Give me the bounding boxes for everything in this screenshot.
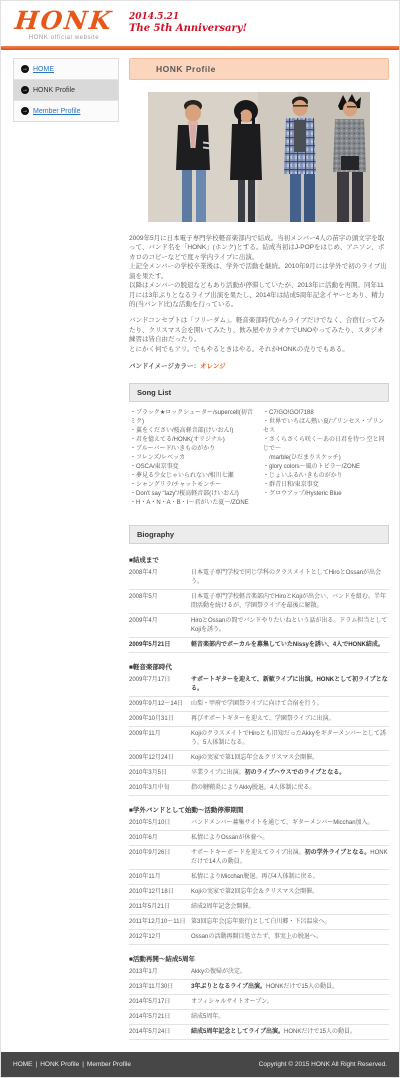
song-item: ・フレンズ/レベッカ [130,454,255,463]
bio-text: サポートキーボードを迎えてライブ出演。初の学外ライブとなる。HONKだけで14人… [191,849,389,867]
bio-row: 2008年5月日本電子専門学校軽音楽部内でHiroとKojiが出会い、バンドを組… [129,590,389,614]
bio-date: 2010年12月18日 [129,888,191,897]
bio-text-segment: Ossanの活動再開目処立たず、事実上の脱退へ。 [191,934,322,940]
bio-row: 2009年4月HiroとOssanの間でバンドやりたいねという話が出る。ドラム担… [129,614,389,638]
bio-text: 結成2周年記念会開催。 [191,903,389,912]
band-color-value: オレンジ [200,363,226,370]
bio-text: サポートギターを迎えて、新歓ライブに出演。HONKとして初ライブとなる。 [191,676,389,694]
sidebar-item-label: HONK Profile [33,87,75,94]
bio-date: 2013年11月30日 [129,983,191,992]
bio-text-segment: 日本電子専門学校で同じ学科のクラスメイトとしてHiroとOssanが出会う。 [191,570,381,585]
bio-row: 2014年5月17日オフィシャルサイトオープン。 [129,995,389,1010]
bio-date: 2013年1月 [129,968,191,977]
site-logo: HONK [14,8,115,34]
song-item: ・C7/GO!GO!7188 [263,409,388,418]
footer-nav: HOME|HONK Profile|Member Profile [13,1061,131,1068]
site-footer: HOME|HONK Profile|Member Profile Copyrig… [1,1052,399,1077]
bio-text-segment: 軽音楽部内でボーカルを募集していたNissyを誘い、4人でHONK結成。 [191,642,384,648]
arrow-bullet-icon: → [21,65,29,73]
bio-date: 2009年11月 [129,730,191,748]
page: HONK HONK official website 2014.5.21 The… [0,0,400,1078]
song-item: ・さくらさくら咲く～あの日君を待つ 空と同じで～ /marble(ひだまりスケッ… [263,436,388,463]
bio-date: 2011年5月21日 [129,903,191,912]
bio-text-segment: 卒業ライブに出演。 [191,770,245,776]
bio-row: 2010年6月私情によりOssanが休養へ。 [129,831,389,846]
bio-text-segment: Kojiの実家で第1回忘年会＆クリスマス会開催。 [191,755,318,761]
bio-text: 卒業ライブに出演。初のライブハウスでのライブとなる。 [191,769,389,778]
song-column: ・ブラック★ロックシューター/supercell(初音ミク)・翼をください/桜高… [130,409,255,508]
song-item: ・シャングリラ/チャットモンチー [130,481,255,490]
bio-text-segment: 私情によりOssanが休養へ。 [191,835,268,841]
band-color-line: バンドイメージカラー：オレンジ [129,361,389,370]
bio-date: 2008年5月 [129,593,191,611]
sidebar-item-member-profile[interactable]: →Member Profile [14,101,118,121]
footer-link-member-profile[interactable]: Member Profile [87,1061,131,1068]
bio-row: 2014年5月24日結成5周年記念としてライブ出演。HONKだけで15人の動員。 [129,1025,389,1040]
bio-date: 2009年7月17日 [129,676,191,694]
bio-text: 軽音楽部内でボーカルを募集していたNissyを誘い、4人でHONK結成。 [191,641,389,650]
anniversary-date: 2014.5.21 [129,12,247,23]
anniversary-banner: 2014.5.21 The 5th Anniversary! [129,8,247,35]
bio-row: 2014年5月21日結成5周年。 [129,1010,389,1025]
bio-text-segment: サポートギターを迎えて、新歓ライブに出演。HONKとして初ライブとなる。 [191,677,388,692]
bio-text: Ossanの活動再開目処立たず、事実上の脱退へ。 [191,933,389,942]
sidebar-item-honk-profile[interactable]: →HONK Profile [14,80,118,101]
sidebar-nav: →HOME→HONK Profile→Member Profile [13,58,119,122]
footer-separator: | [82,1061,84,1068]
bio-text: HiroとOssanの間でバンドやりたいねという話が出る。ドラム担当としてKoj… [191,617,389,635]
bio-text: バンドメンバー募集サイトを通じて、ギターメンバーMicchan加入。 [191,819,389,828]
bio-date: 2010年5月10日 [129,819,191,828]
bio-date: 2010年3月中旬 [129,784,191,793]
bio-row: 2012年12月Ossanの活動再開目処立たず、事実上の脱退へ。 [129,930,389,945]
bio-row: 2013年11月30日3年ぶりとなるライブ出演。HONKだけで15人の動員。 [129,980,389,995]
bio-text-segment: 指の腱鞘炎によりAkky脱退。4人体制に戻る。 [191,785,315,791]
content-layout: →HOME→HONK Profile→Member Profile HONK P… [1,50,399,1052]
bio-date: 2009年9月12～14日 [129,700,191,709]
bio-text-segment: 結成5周年。 [191,1014,224,1020]
song-item: ・OSCA/東京事変 [130,463,255,472]
bio-text: 山梨・甲府で学園祭ライブに向けて合宿を行う。 [191,700,389,709]
main-content: HONK Profile [129,58,389,1040]
bio-row: 2010年12月18日Kojiの実家で第2回忘年会＆クリスマス会開催。 [129,885,389,900]
bio-text: 第3回忘年会(忘年旅行)として白川郷・下呂温泉へ。 [191,918,389,927]
sidebar-item-label: Member Profile [33,108,80,115]
bio-text: KojiのクラスメイトでHiroとも旧知だったAkkyをギターメンバーとして誘う… [191,730,389,748]
bio-date: 2009年4月 [129,617,191,635]
bio-text-segment: KojiのクラスメイトでHiroとも旧知だったAkkyをギターメンバーとして誘う… [191,731,386,746]
song-item: ・グロウアップ/Hysteric Blue [263,490,388,499]
bio-text-segment: バンドメンバー募集サイトを通じて、ギターメンバーMicchan加入。 [191,820,374,826]
arrow-bullet-icon: → [21,107,29,115]
bio-row: 2010年3月中旬指の腱鞘炎によりAkky脱退。4人体制に戻る。 [129,781,389,796]
bio-row: 2009年5月21日軽音楽部内でボーカルを募集していたNissyを誘い、4人でH… [129,638,389,653]
bio-text-segment: 初の学外ライブとなる。 [305,850,371,856]
song-item: ・君を憶えてる/HONK(オリジナル) [130,436,255,445]
song-item: ・ブルーバード/いきものがかり [130,445,255,454]
bio-text-segment: HiroとOssanの間でバンドやりたいねという話が出る。ドラム担当としてKoj… [191,618,387,633]
sidebar-item-label: HOME [33,66,54,73]
site-tagline: HONK official website [15,35,113,41]
bio-date: 2010年6月 [129,834,191,843]
bio-row: 2008年4月日本電子専門学校で同じ学科のクラスメイトとしてHiroとOssan… [129,566,389,590]
bio-row: 2010年5月10日バンドメンバー募集サイトを通じて、ギターメンバーMiccha… [129,816,389,831]
bio-date: 2014年5月21日 [129,1013,191,1022]
band-photo [148,92,370,222]
bio-text: 結成5周年記念としてライブ出演。HONKだけで15人の動員。 [191,1028,389,1037]
bio-date: 2008年4月 [129,569,191,587]
footer-link-home[interactable]: HOME [13,1061,33,1068]
bio-group-heading: ■活動再開～結成5周年 [129,954,389,963]
bio-text: 私情によりOssanが休養へ。 [191,834,389,843]
bio-text-segment: 結成2周年記念会開催。 [191,904,254,910]
bio-date: 2012年12月 [129,933,191,942]
sidebar-item-home[interactable]: →HOME [14,59,118,80]
bio-row: 2010年3月5日卒業ライブに出演。初のライブハウスでのライブとなる。 [129,766,389,781]
anniversary-text: The 5th Anniversary! [129,23,247,35]
bio-row: 2011年12月10～11日第3回忘年会(忘年旅行)として白川郷・下呂温泉へ。 [129,915,389,930]
intro-paragraph-1: 2009年5月に日本電子専門学校軽音楽部内で結成。当初メンバー4人の苗字の頭文字… [129,234,389,309]
song-columns: ・ブラック★ロックシューター/supercell(初音ミク)・翼をください/桜高… [129,402,389,512]
bio-text-segment: オフィシャルサイトオープン。 [191,999,273,1005]
bio-text-segment: 私情によりMicchan脱退。再び4人体制に戻る。 [191,874,319,880]
bio-date: 2014年5月24日 [129,1028,191,1037]
biography-header: Biography [129,525,389,544]
song-item: ・H・A・N・A・B・I～君がいた夏～/ZONE [130,499,255,508]
bio-date: 2009年12月24日 [129,754,191,763]
bio-text: 私情によりMicchan脱退。再び4人体制に戻る。 [191,873,389,882]
bio-text-segment: Akkyの復帰が決定。 [191,969,246,975]
bio-text-segment: 3年ぶりとなるライブ出演。 [191,984,266,990]
band-color-label: バンドイメージカラー： [129,363,200,370]
bio-text-segment: 結成5周年記念としてライブ出演。 [191,1029,284,1035]
bio-text-segment: 山梨・甲府で学園祭ライブに向けて合宿を行う。 [191,701,323,707]
song-item: ・Don't say "lazy"/桜高軽音部(けいおん!) [130,490,255,499]
bio-group-heading: ■軽音楽部時代 [129,662,389,671]
bio-text: オフィシャルサイトオープン。 [191,998,389,1007]
bio-row: 2010年9月26日サポートキーボードを迎えてライブ出演。初の学外ライブとなる。… [129,846,389,870]
footer-copyright: Copyright © 2015 HONK All Right Reserved… [259,1061,387,1068]
bio-row: 2009年12月24日Kojiの実家で第1回忘年会＆クリスマス会開催。 [129,751,389,766]
arrow-bullet-icon: → [21,86,29,94]
bio-row: 2009年10月31日再びサポートギターを迎えて、学園祭ライブに出演。 [129,712,389,727]
bio-date: 2010年11月 [129,873,191,882]
bio-text: 指の腱鞘炎によりAkky脱退。4人体制に戻る。 [191,784,389,793]
bio-group-heading: ■学外バンドとして始動～活動停滞期間 [129,805,389,814]
song-item: ・ブラック★ロックシューター/supercell(初音ミク) [130,409,255,427]
bio-date: 2010年9月26日 [129,849,191,867]
bio-text: 結成5周年。 [191,1013,389,1022]
bio-date: 2009年5月21日 [129,641,191,650]
footer-separator: | [36,1061,38,1068]
bio-row: 2013年1月Akkyの復帰が決定。 [129,965,389,980]
bio-text: Kojiの実家で第1回忘年会＆クリスマス会開催。 [191,754,389,763]
song-item: ・glory colors～風のトビラ～/ZONE [263,463,388,472]
bio-text: 再びサポートギターを迎えて、学園祭ライブに出演。 [191,715,389,724]
bio-text-segment: 初のライブハウスでのライブとなる。 [245,770,346,776]
bio-text-segment: 日本電子専門学校軽音楽部内でHiroとKojiが出会い、バンドを組む。半年間活動… [191,594,386,609]
bio-text-segment: 第3回忘年会(忘年旅行)として白川郷・下呂温泉へ。 [191,919,330,925]
bio-row: 2009年9月12～14日山梨・甲府で学園祭ライブに向けて合宿を行う。 [129,697,389,712]
bio-text-segment: 再びサポートギターを迎えて、学園祭ライブに出演。 [191,716,334,722]
logo-block[interactable]: HONK HONK official website [15,8,113,41]
bio-date: 2010年3月5日 [129,769,191,778]
footer-link-honk-profile[interactable]: HONK Profile [40,1061,79,1068]
bio-row: 2010年11月私情によりMicchan脱退。再び4人体制に戻る。 [129,870,389,885]
bio-text: 3年ぶりとなるライブ出演。HONKだけで15人の動員。 [191,983,389,992]
bio-row: 2009年7月17日サポートギターを迎えて、新歓ライブに出演。HONKとして初ラ… [129,673,389,697]
song-column: ・C7/GO!GO!7188・世界でいちばん熱い夏/プリンセス・プリンセス・さく… [263,409,388,508]
intro-paragraph-2: バンドコンセプトは「フリーダム」。軽音楽部時代からライブだけでなく、合宿行ってみ… [129,316,389,354]
bio-text-segment: Kojiの実家で第2回忘年会＆クリスマス会開催。 [191,889,318,895]
bio-date: 2009年10月31日 [129,715,191,724]
bio-text: 日本電子専門学校軽音楽部内でHiroとKojiが出会い、バンドを組む。半年間活動… [191,593,389,611]
bio-group-heading: ■結成まで [129,555,389,564]
bio-text-segment: サポートキーボードを迎えてライブ出演。 [191,850,305,856]
bio-text: Kojiの実家で第2回忘年会＆クリスマス会開催。 [191,888,389,897]
site-header: HONK HONK official website 2014.5.21 The… [1,1,399,46]
song-item: ・夢見る少女じゃいられない/相川七瀬 [130,472,255,481]
bio-date: 2011年12月10～11日 [129,918,191,927]
bio-text: Akkyの復帰が決定。 [191,968,389,977]
song-list-header: Song List [129,383,389,402]
bio-row: 2009年11月KojiのクラスメイトでHiroとも旧知だったAkkyをギターメ… [129,727,389,751]
bio-text-segment: HONKだけで15人の動員。 [284,1029,356,1035]
song-item: ・翼をください/桜高軽音部(けいおん!) [130,427,255,436]
page-title: HONK Profile [129,58,389,80]
biography-groups: ■結成まで2008年4月日本電子専門学校で同じ学科のクラスメイトとしてHiroと… [129,544,389,1040]
song-item: ・世界でいちばん熱い夏/プリンセス・プリンセス [263,418,388,436]
bio-text-segment: HONKだけで15人の動員。 [266,984,338,990]
bio-row: 2011年5月21日結成2周年記念会開催。 [129,900,389,915]
song-item: ・群青日和/東京事変 [263,481,388,490]
bio-text: 日本電子専門学校で同じ学科のクラスメイトとしてHiroとOssanが出会う。 [191,569,389,587]
song-item: ・じょいふる/いきものがかり [263,472,388,481]
bio-date: 2014年5月17日 [129,998,191,1007]
